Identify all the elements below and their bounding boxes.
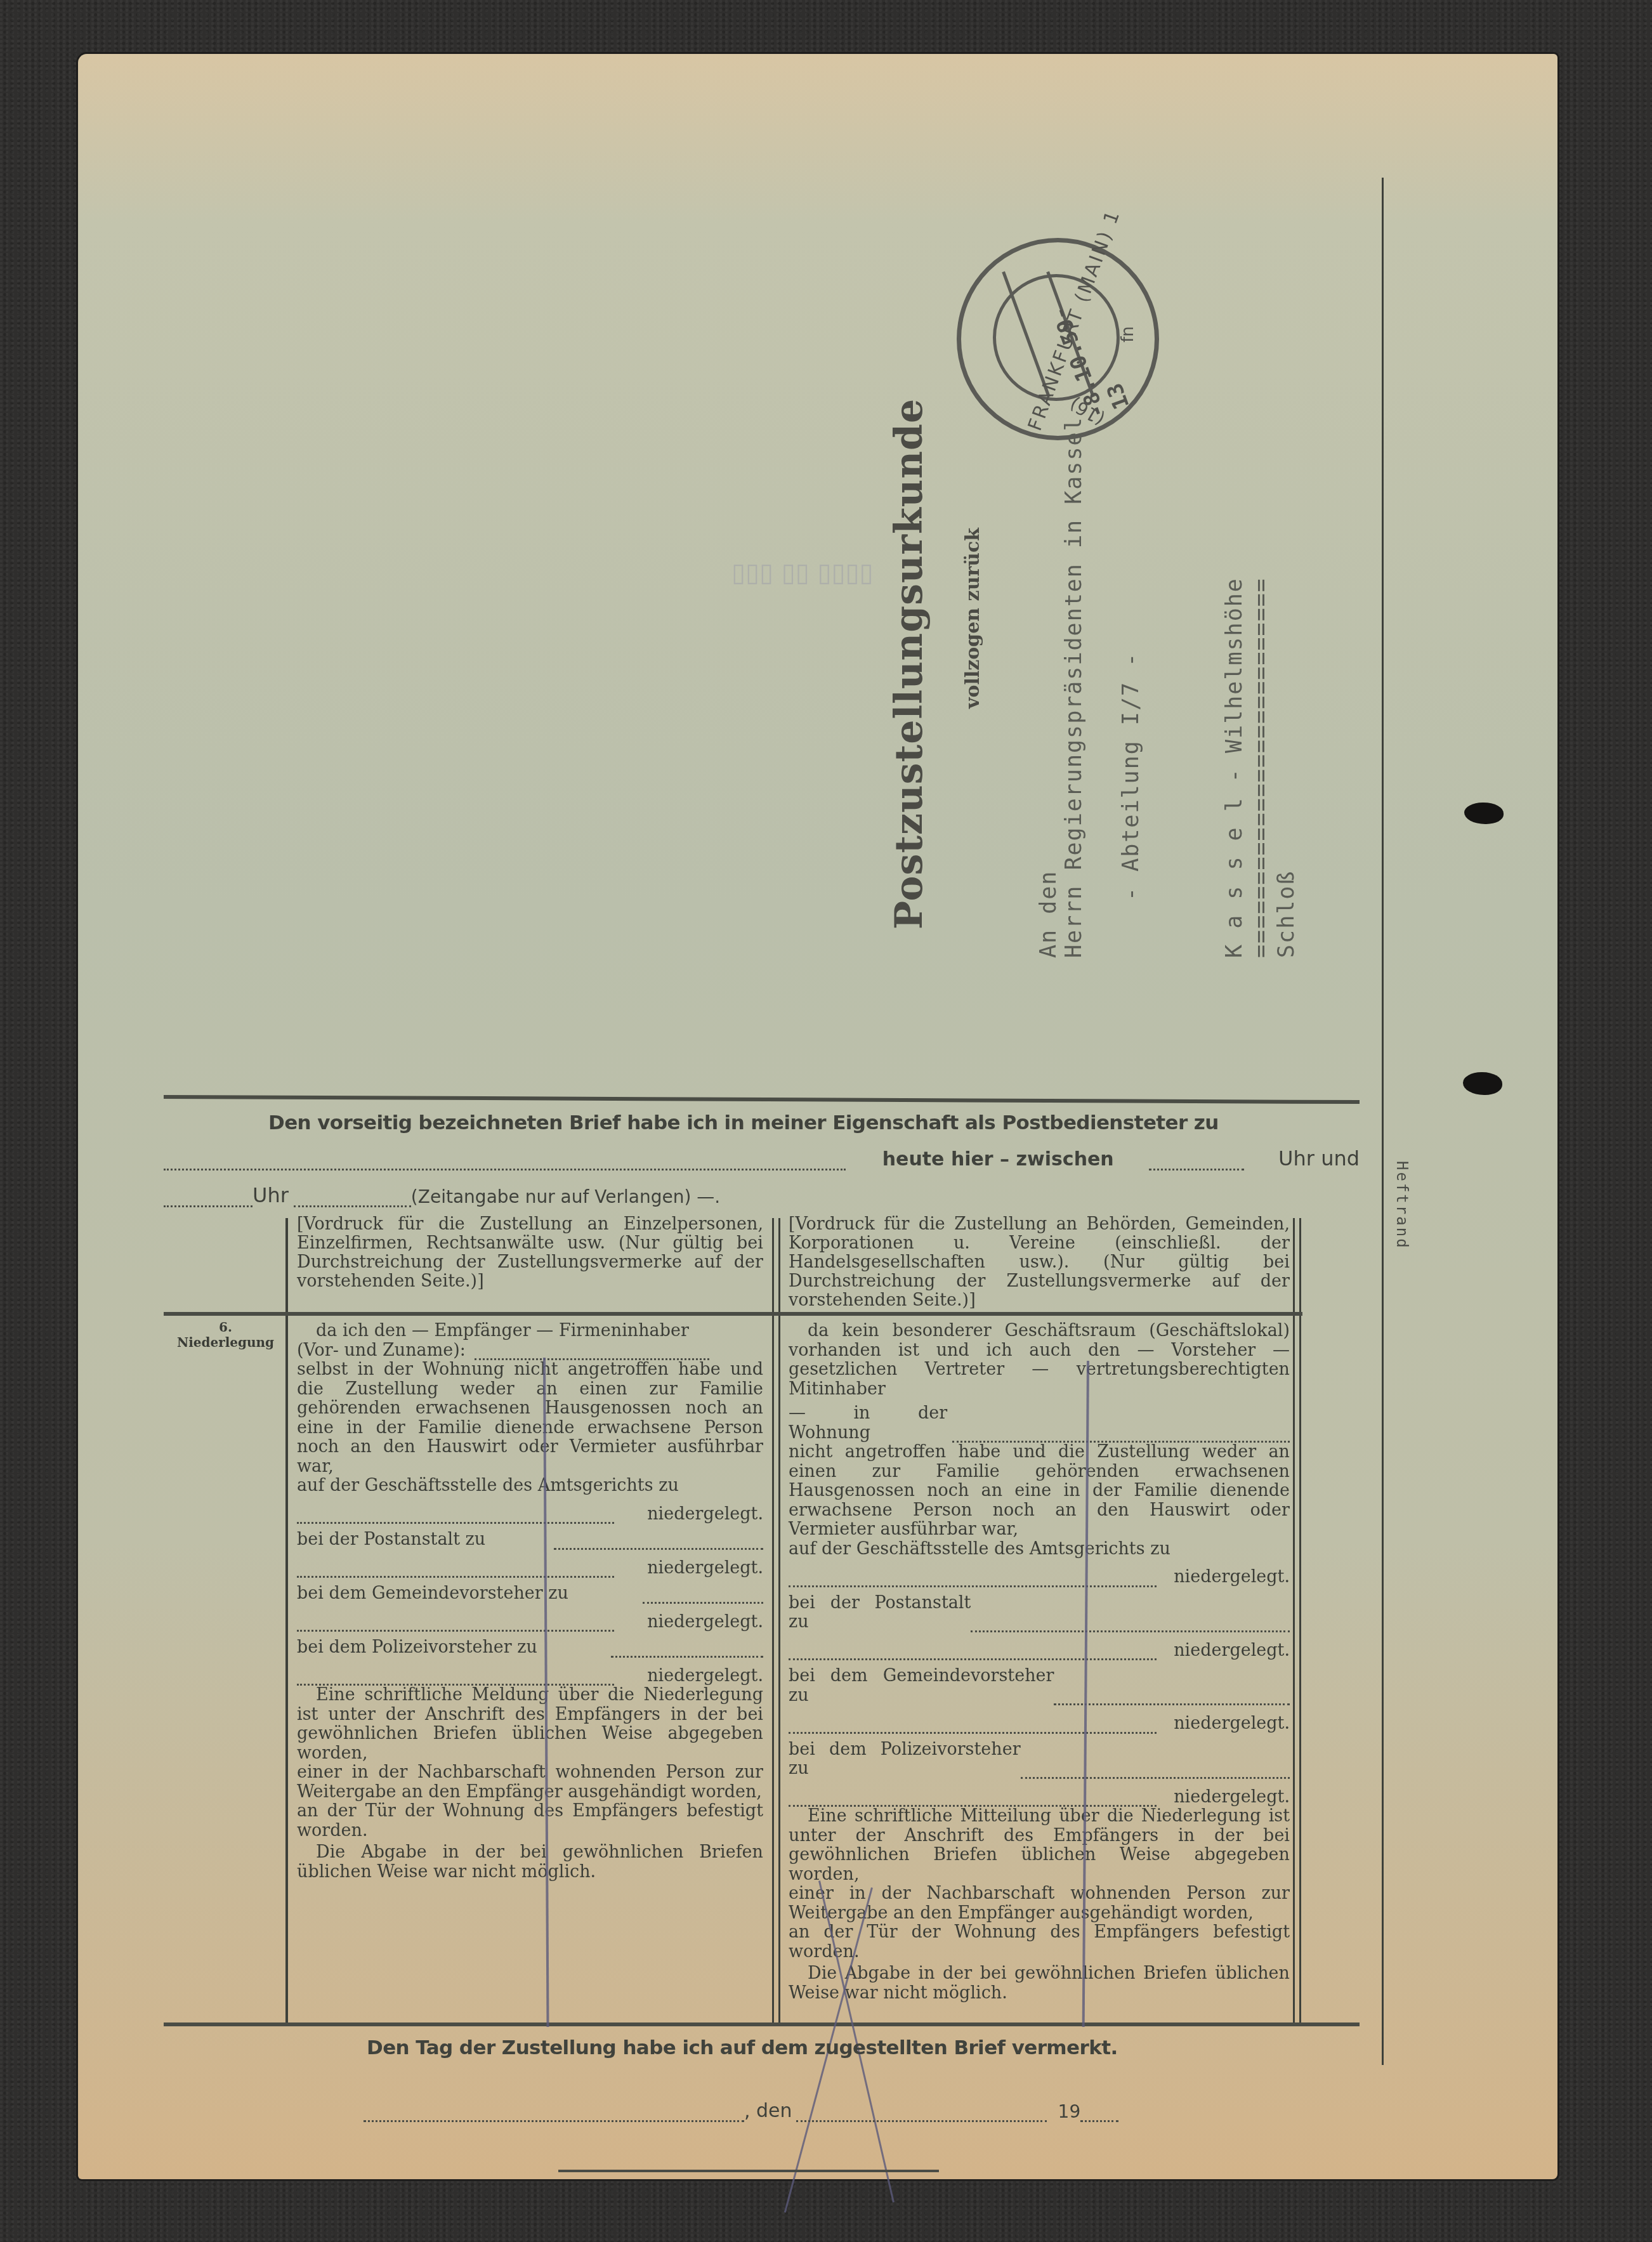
postmark-suffix: fn bbox=[1118, 326, 1137, 343]
left-gemeinde-field[interactable] bbox=[643, 1602, 763, 1604]
margin-rule bbox=[1382, 178, 1384, 2065]
footer-statement: Den Tag der Zustellung habe ich auf dem … bbox=[367, 2036, 1118, 2059]
punch-hole-bottom bbox=[1463, 1072, 1502, 1095]
address-line-4: K a s s e l - Wilhelmshöhe bbox=[1222, 577, 1247, 958]
document-page: ▯▯▯ ▯▯ ▯▯▯▯ FRANKFURT (MAIN) 1 -8.10.59-… bbox=[78, 54, 1557, 2179]
left-column: da ich den — Empfänger — Firmeninhaber (… bbox=[297, 1321, 763, 1882]
date-field[interactable] bbox=[796, 2120, 1047, 2122]
margin-label: Heftrand bbox=[1393, 1161, 1411, 1250]
left-polizei-field[interactable] bbox=[611, 1656, 763, 1658]
left-postanstalt-field[interactable] bbox=[554, 1548, 763, 1550]
form-intro-line-1: Den vorseitig bezeichneten Brief habe ic… bbox=[268, 1111, 1219, 1134]
signature-line[interactable] bbox=[558, 2170, 939, 2172]
time-from-field[interactable] bbox=[1149, 1169, 1244, 1170]
column-rule-left bbox=[285, 1218, 288, 2024]
footer-place-date: , den 19 bbox=[364, 2100, 1118, 2122]
address-line-1: An den bbox=[1036, 870, 1061, 958]
document-title: Postzustellungsurkunde bbox=[887, 398, 931, 929]
table-header-rule bbox=[164, 1312, 1302, 1316]
column-rule-middle-a bbox=[772, 1218, 774, 2024]
section-label: 6. Niederlegung bbox=[173, 1320, 278, 1350]
year-field[interactable] bbox=[1080, 2120, 1118, 2122]
column-rule-right-b bbox=[1299, 1218, 1301, 2024]
column-rule-right bbox=[1293, 1218, 1295, 2024]
right-gemeinde-field-2[interactable] bbox=[789, 1732, 1157, 1734]
left-column-header: [Vordruck für die Zustellung an Einzelpe… bbox=[297, 1215, 763, 1291]
address-line-3: - Abteilung I/7 - bbox=[1118, 652, 1144, 901]
address-underline: ========================== bbox=[1249, 577, 1274, 958]
time-to-field[interactable] bbox=[164, 1205, 252, 1207]
right-polizei-field[interactable] bbox=[1021, 1777, 1290, 1779]
document-subtitle: vollzogen zurück bbox=[962, 528, 984, 709]
column-rule-middle-b bbox=[778, 1218, 780, 2024]
postbediensteter-field[interactable] bbox=[164, 1169, 846, 1170]
table-bottom-rule bbox=[164, 2022, 1360, 2026]
punch-hole-top bbox=[1464, 803, 1504, 824]
right-column: da kein besonderer Geschäftsraum (Geschä… bbox=[789, 1321, 1290, 2003]
left-amtsgericht-field[interactable] bbox=[297, 1522, 614, 1524]
form-intro-line-2: heute hier – zwischen Uhr und bbox=[164, 1146, 1360, 1170]
address-line-5: Schloß bbox=[1274, 870, 1299, 958]
form-top-rule bbox=[164, 1095, 1360, 1104]
left-postanstalt-field-2[interactable] bbox=[297, 1576, 614, 1578]
bleed-through-text: ▯▯▯ ▯▯ ▯▯▯▯ bbox=[731, 558, 874, 587]
address-line-2: Herrn Regierungspräsidenten in Kassel bbox=[1061, 416, 1087, 958]
left-gemeinde-field-2[interactable] bbox=[297, 1630, 614, 1632]
time-extra-field[interactable] bbox=[294, 1205, 411, 1207]
right-postanstalt-field-2[interactable] bbox=[789, 1658, 1157, 1660]
right-amtsgericht-field[interactable] bbox=[789, 1585, 1157, 1587]
right-postanstalt-field[interactable] bbox=[971, 1630, 1290, 1632]
postmark-stamp: FRANKFURT (MAIN) 1 -8.10.59-13 (16) fn bbox=[957, 238, 1159, 440]
right-column-header: [Vordruck für die Zustellung an Behörden… bbox=[789, 1215, 1290, 1310]
right-gemeinde-field[interactable] bbox=[1054, 1703, 1290, 1705]
place-field[interactable] bbox=[364, 2120, 744, 2122]
form-intro-line-3: Uhr (Zeitangabe nur auf Verlangen) —. bbox=[164, 1183, 720, 1207]
